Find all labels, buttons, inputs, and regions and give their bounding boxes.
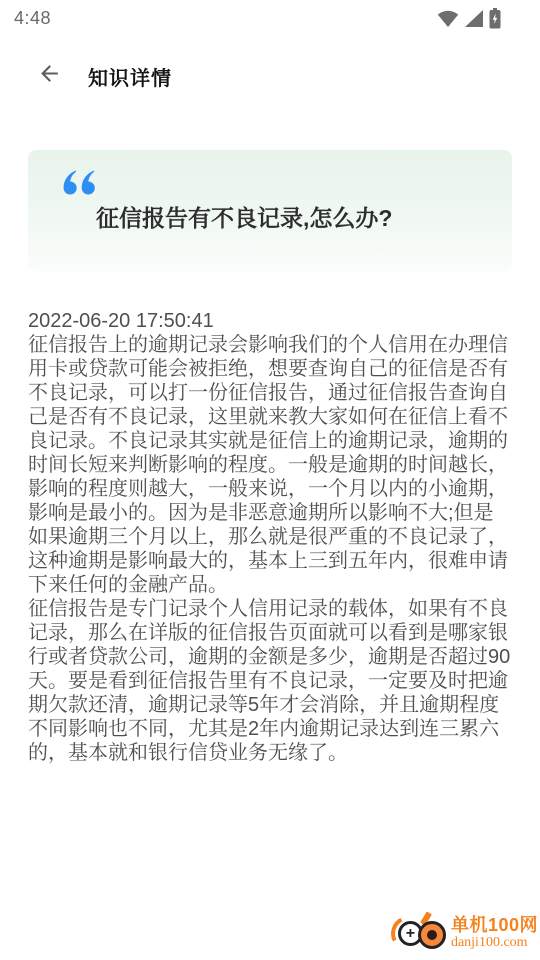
quote-icon: [62, 170, 98, 203]
app-bar: 知识详情: [0, 48, 540, 104]
watermark-logo-icon: +: [390, 909, 450, 957]
status-bar: 4:48: [0, 0, 540, 36]
logo-center-dot: [427, 930, 437, 940]
logo-orange-circle: [418, 921, 446, 949]
battery-charging-icon: [489, 8, 501, 29]
site-watermark: + 单机100网 danji100.com: [390, 909, 538, 957]
watermark-site-name: 单机100网: [451, 916, 538, 935]
watermark-text: 单机100网 danji100.com: [451, 916, 538, 951]
back-button[interactable]: [36, 63, 62, 89]
article-paragraph: 征信报告上的逾期记录会影响我们的个人信用在办理信用卡或贷款可能会被拒绝，想要查询…: [28, 333, 512, 597]
cellular-signal-icon: [465, 10, 483, 27]
wifi-icon: [437, 10, 459, 27]
back-arrow-icon: [37, 61, 62, 91]
article-paragraph: 征信报告是专门记录个人信用记录的载体，如果有不良记录，那么在详版的征信报告页面就…: [28, 597, 512, 765]
clock-text: 4:48: [14, 8, 51, 29]
article-title: 征信报告有不良记录,怎么办?: [96, 200, 392, 233]
article-heading-card: 征信报告有不良记录,怎么办?: [28, 150, 512, 272]
watermark-site-url: danji100.com: [451, 935, 538, 950]
article-body[interactable]: 2022-06-20 17:50:41 征信报告上的逾期记录会影响我们的个人信用…: [28, 309, 512, 765]
publish-timestamp: 2022-06-20 17:50:41: [28, 309, 512, 333]
knowledge-detail-screen: 4:48: [0, 0, 540, 960]
page-title: 知识详情: [88, 62, 172, 91]
status-icons: [437, 8, 501, 29]
